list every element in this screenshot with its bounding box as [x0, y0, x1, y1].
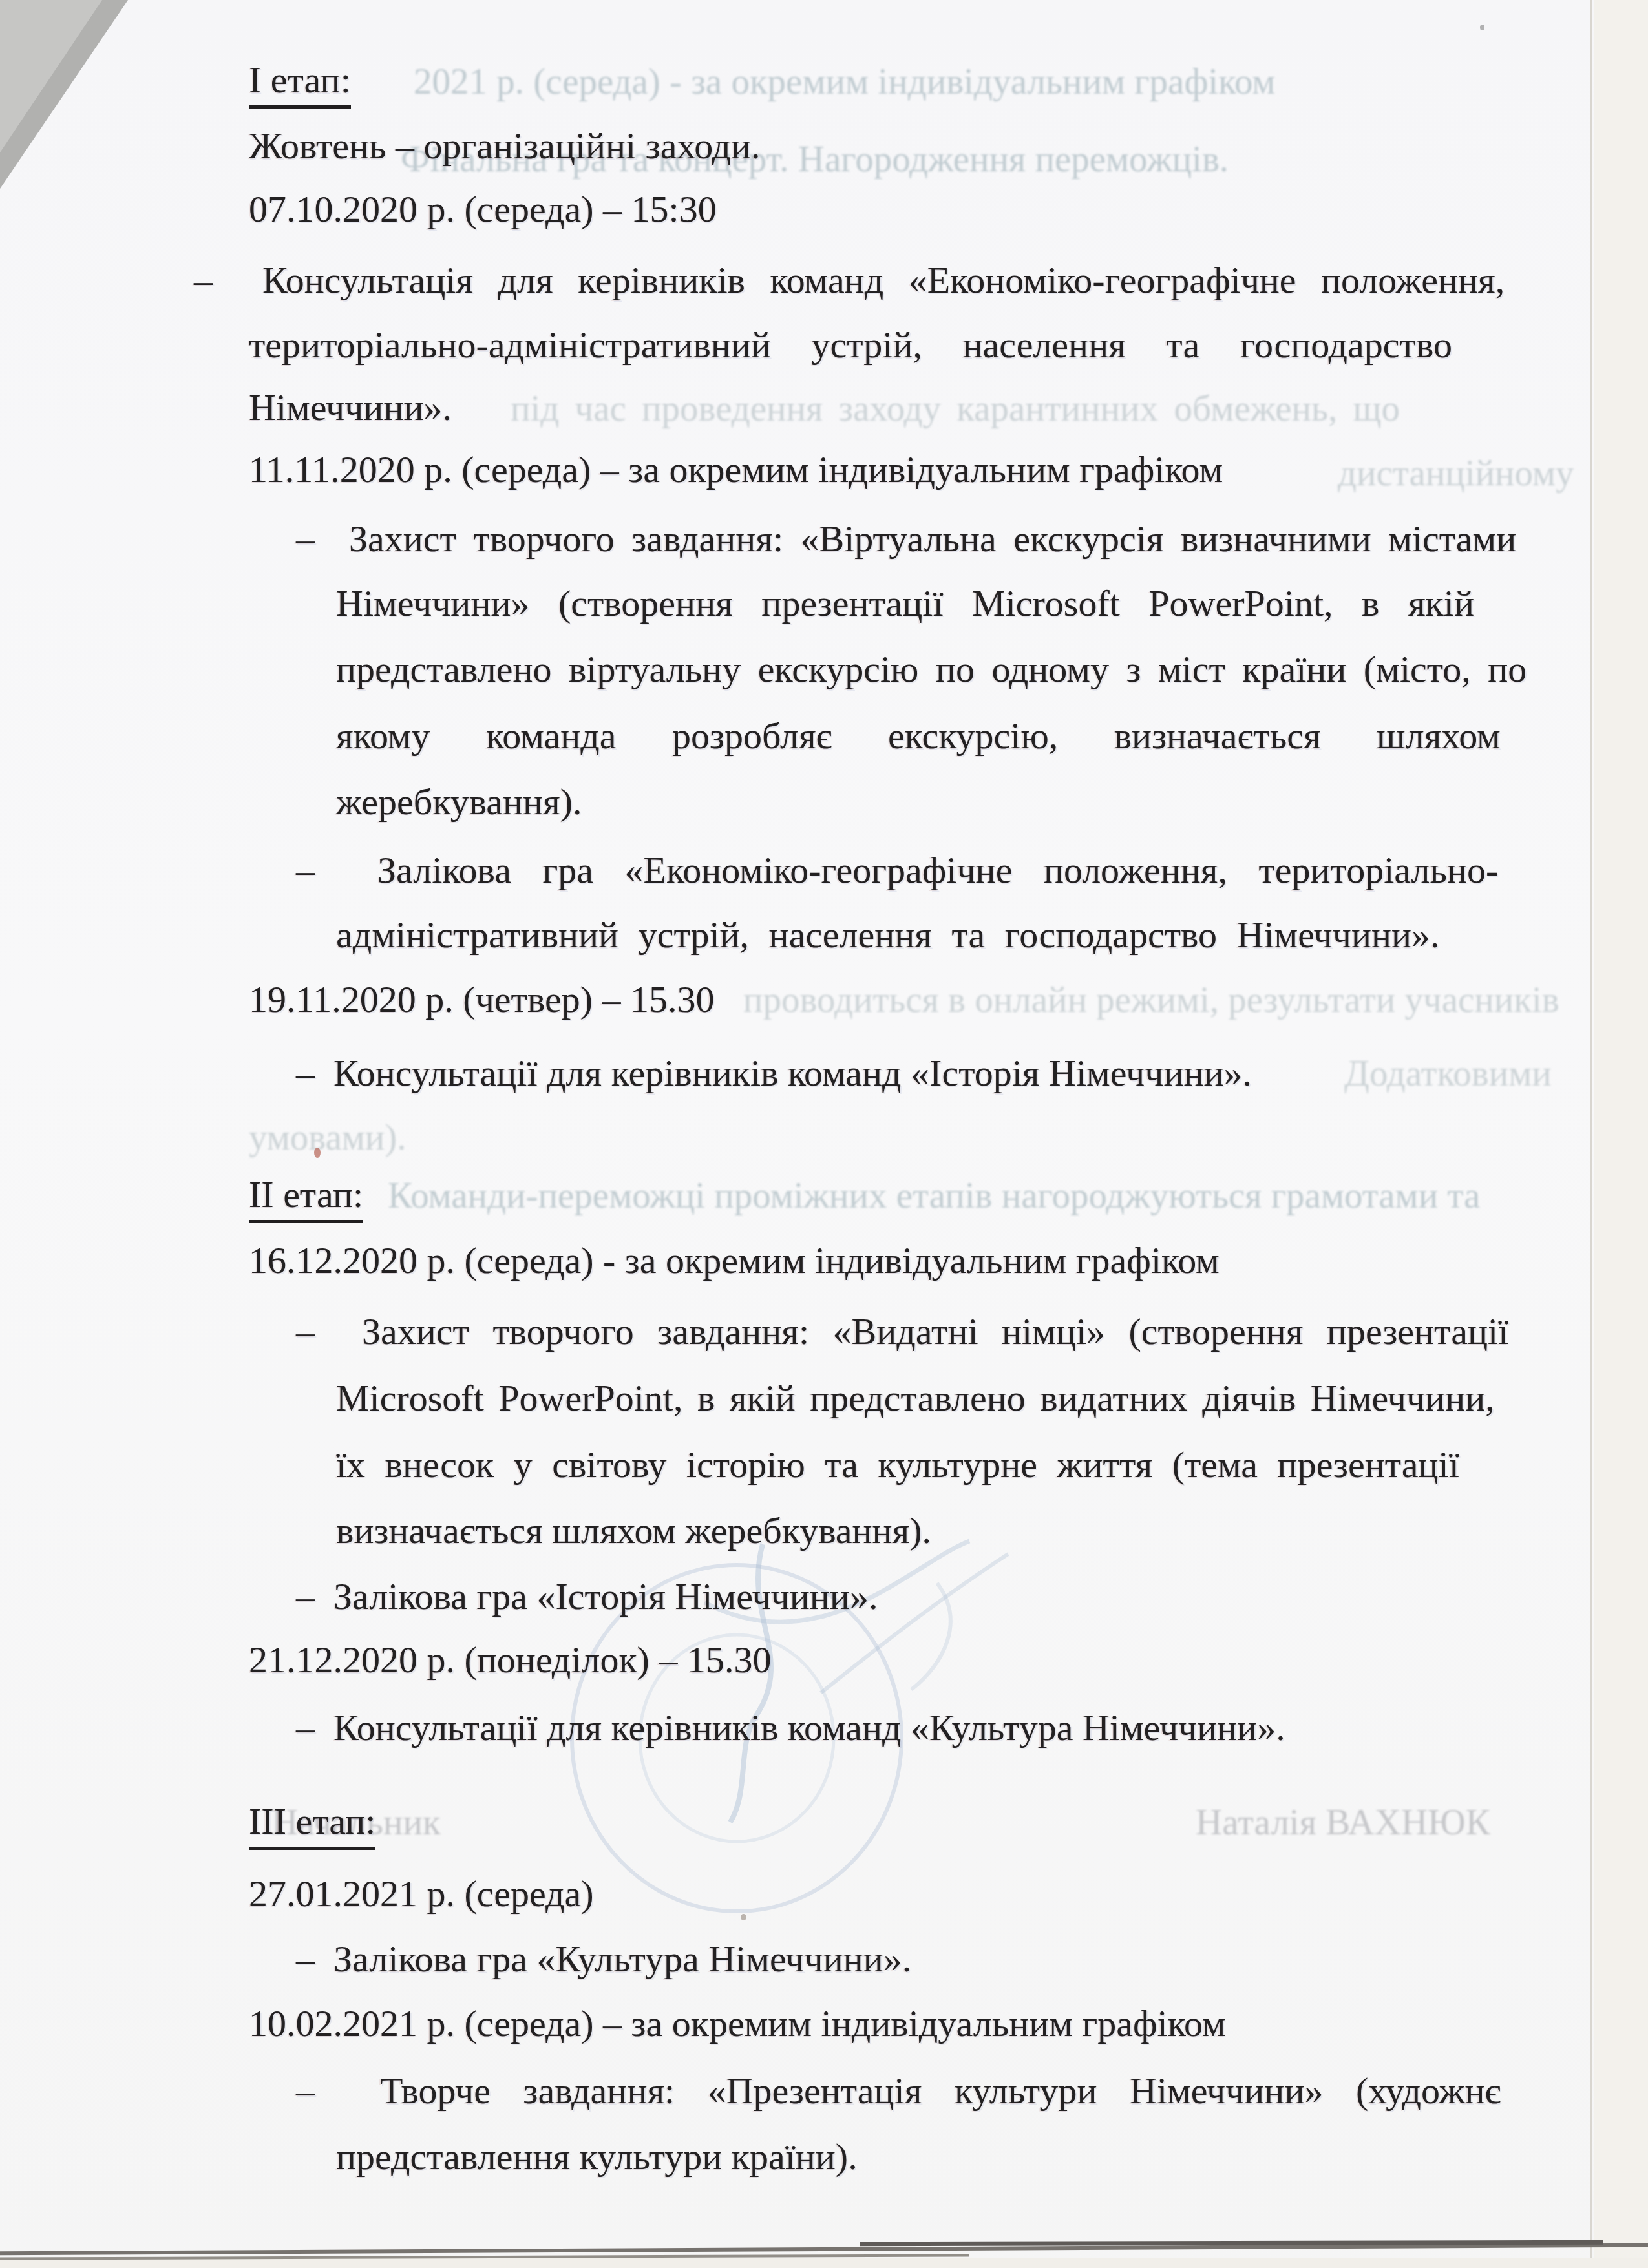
- continuation-line: якому команда розробляє екскурсію, визна…: [336, 713, 1501, 759]
- bleedthrough-line: дистанційному: [1338, 451, 1574, 496]
- paper-right-edge: [1590, 0, 1592, 2268]
- bullet-line: – Захист творчого завдання: «Видатні нім…: [296, 1308, 1508, 1355]
- date-line: 07.10.2020 р. (середа) – 15:30: [249, 186, 717, 233]
- page-bottom-edge: [0, 2243, 1648, 2256]
- bullet-line: – Залікова гра «Історія Німеччини».: [296, 1573, 878, 1620]
- bleedthrough-signatory-name: Наталія ВАХНЮК: [1196, 1800, 1490, 1845]
- continuation-line: представлено віртуальну екскурсію по одн…: [336, 646, 1527, 693]
- stage-3-heading: ІІІ етап:: [249, 1798, 375, 1850]
- scanner-background-strip: [1594, 0, 1648, 2268]
- continuation-line: адміністративний устрій, населення та го…: [336, 912, 1440, 958]
- date-line: 21.12.2020 р. (понеділок) – 15.30: [249, 1637, 771, 1683]
- scan-speck: [314, 1148, 321, 1158]
- continuation-line: жеребкування).: [336, 779, 582, 825]
- continuation-line: Microsoft PowerPoint, в якій представлен…: [336, 1375, 1495, 1422]
- bleedthrough-line: Додатковими: [1344, 1051, 1552, 1097]
- page-corner-fold-crease: [0, 0, 102, 152]
- bleedthrough-line: Команди-переможці проміжних етапів нагор…: [388, 1173, 1480, 1219]
- date-line: 11.11.2020 р. (середа) – за окремим інди…: [249, 446, 1223, 493]
- continuation-line: представлення культури країни).: [336, 2134, 858, 2180]
- bullet-line: – Консультації для керівників команд «Іс…: [296, 1050, 1252, 1097]
- stage-2-heading: ІІ етап:: [249, 1171, 363, 1223]
- month-line: Жовтень – організаційні заходи.: [249, 123, 761, 169]
- bleedthrough-line: проводиться в онлайн режимі, результати …: [743, 978, 1559, 1023]
- bullet-line: – Консультації для керівників команд «Ку…: [296, 1705, 1285, 1751]
- continuation-line: Німеччини» (створення презентації Micros…: [336, 580, 1474, 627]
- scan-speck: [741, 1914, 746, 1920]
- scan-speck: [1480, 25, 1484, 30]
- continuation-line: визначається шляхом жеребкування).: [336, 1507, 931, 1554]
- bullet-line: – Консультація для керівників команд «Ек…: [194, 257, 1505, 304]
- bleedthrough-line: під час проведення заходу карантинних об…: [511, 386, 1400, 432]
- date-line: 16.12.2020 р. (середа) - за окремим інди…: [249, 1237, 1220, 1284]
- bullet-line: – Залікова гра «Культура Німеччини».: [296, 1936, 911, 1982]
- date-line: 27.01.2021 р. (середа): [249, 1871, 594, 1917]
- scanned-page: 2021 р. (середа) - за окремим індивідуал…: [0, 0, 1648, 2268]
- bullet-line: – Творче завдання: «Презентація культури…: [296, 2068, 1501, 2114]
- date-line: 10.02.2021 р. (середа) – за окремим інди…: [249, 2000, 1226, 2047]
- continuation-line: Німеччини».: [249, 384, 452, 431]
- bullet-line: – Захист творчого завдання: «Віртуальна …: [296, 516, 1516, 562]
- scanner-background-bottom: [0, 2258, 1648, 2268]
- bullet-line: – Залікова гра «Економіко-географічне по…: [296, 847, 1498, 894]
- stage-1-heading: І етап:: [249, 57, 351, 109]
- date-line: 19.11.2020 р. (четвер) – 15.30: [249, 976, 715, 1023]
- bleedthrough-line: умовами).: [249, 1115, 407, 1160]
- continuation-line: територіально-адміністративний устрій, н…: [249, 322, 1452, 368]
- continuation-line: їх внесок у світову історію та культурне…: [336, 1442, 1459, 1488]
- bleedthrough-line: 2021 р. (середа) - за окремим індивідуал…: [414, 59, 1275, 105]
